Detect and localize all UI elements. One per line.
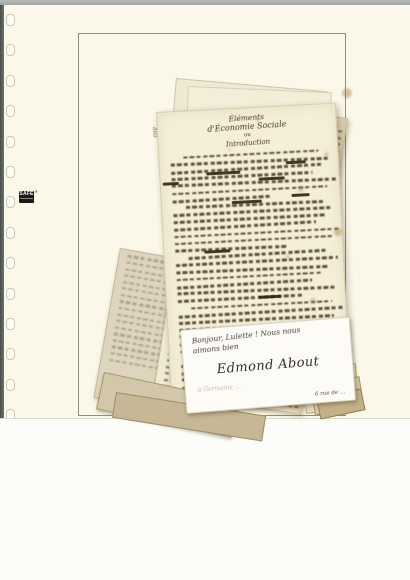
card-handwritten-note: Bonjour, Lulette ! Nous nous aimons bien xyxy=(191,325,302,355)
card-pencil-note: à Germaine … xyxy=(198,383,242,393)
punch-hole xyxy=(6,227,15,239)
punch-hole xyxy=(6,14,15,26)
punch-hole xyxy=(6,257,15,269)
manuscript-stack: 860 Éléments d'Économie Sociale ou Intro… xyxy=(90,68,358,428)
safe-logo-subtext xyxy=(20,198,33,199)
foxing-spot xyxy=(342,88,352,98)
visiting-card: Bonjour, Lulette ! Nous nous aimons bien… xyxy=(180,317,356,414)
punch-hole xyxy=(6,196,15,208)
card-printed-name: Edmond About xyxy=(184,352,353,380)
punch-hole xyxy=(6,379,15,391)
safe-logo: SAFE ® xyxy=(19,191,34,203)
edge-annotation: 860 xyxy=(151,127,158,138)
album-binding-edge xyxy=(0,5,4,418)
punch-hole xyxy=(6,348,15,360)
punch-hole xyxy=(6,105,15,117)
punch-hole xyxy=(6,44,15,56)
punch-hole xyxy=(6,136,15,148)
punch-hole xyxy=(6,75,15,87)
punch-hole xyxy=(6,318,15,330)
punch-hole xyxy=(6,288,15,300)
registered-mark-icon: ® xyxy=(35,188,38,195)
manuscript-title: Éléments d'Économie Sociale ou Introduct… xyxy=(157,102,337,154)
backing-sheet xyxy=(0,418,410,580)
card-address: 6 rue de … xyxy=(315,389,346,397)
safe-logo-text: SAFE xyxy=(19,191,33,197)
punch-hole xyxy=(6,166,15,178)
